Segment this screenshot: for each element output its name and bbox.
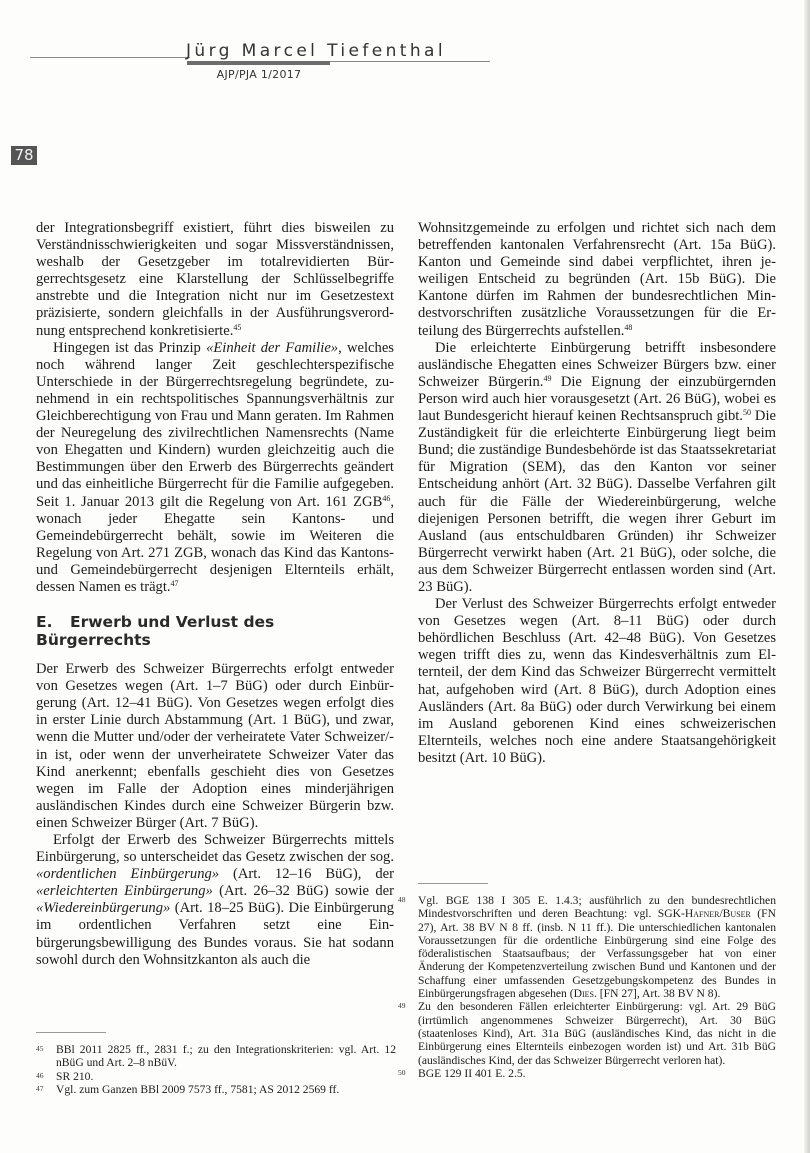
author-smallcaps: Hafner/Buser: [685, 907, 751, 920]
footnote-number: 46: [36, 1070, 56, 1083]
footnote: 46SR 210.: [36, 1070, 396, 1083]
footnote-text: BGE 129 II 401 E. 2.5.: [418, 1067, 776, 1080]
footnotes-right: 48Vgl. BGE 138 I 305 E. 1.4.3; ausführli…: [398, 883, 776, 1080]
header-rule-left: [30, 57, 190, 58]
paragraph-text: (Art. 26–32 BüG) so­wie der: [213, 883, 394, 899]
right-column: Wohnsitzgemeinde zu erfolgen und richtet…: [418, 220, 776, 767]
footnote-ref[interactable]: 50: [743, 408, 751, 417]
paragraph: Erfolgt der Erwerb des Schweizer Bürgerr…: [36, 832, 394, 969]
footnote: 50BGE 129 II 401 E. 2.5.: [398, 1067, 776, 1080]
footnote: 47Vgl. zum Ganzen BBl 2009 7573 ff., 758…: [36, 1083, 396, 1096]
footnote-rule: [36, 1032, 106, 1033]
footnote-text: Vgl. zum Ganzen BBl 2009 7573 ff., 7581;…: [56, 1083, 396, 1096]
footnote-text: Vgl. BGE 138 I 305 E. 1.4.3; ausführlich…: [418, 894, 776, 1000]
footnote-number: 50: [398, 1067, 418, 1080]
footnote-text: Zu den besonderen Fällen erleichterter E…: [418, 1000, 776, 1066]
paragraph-text: (Art. 12–16 BüG), der: [219, 866, 394, 882]
section-heading: E.Erwerb und Verlust des Bürgerrechts: [36, 613, 394, 649]
footnote: 48Vgl. BGE 138 I 305 E. 1.4.3; ausführli…: [398, 894, 776, 1000]
footnote-ref[interactable]: 47: [171, 579, 179, 588]
paragraph: Hingegen ist das Prinzip «Einheit der Fa…: [36, 340, 394, 596]
footnote-ref[interactable]: 48: [624, 323, 632, 332]
left-column: der Integrationsbegriff existiert, führt…: [36, 220, 394, 969]
italic-term: «Einheit der Familie»: [206, 340, 338, 356]
footnote-number: 49: [398, 1000, 418, 1066]
paragraph: der Integrationsbegriff existiert, führt…: [36, 220, 394, 340]
author-smallcaps: Dies.: [574, 987, 597, 1000]
running-header: Jürg Marcel Tiefenthal AJP/PJA 1/2017: [0, 0, 810, 90]
header-bar: [187, 61, 330, 65]
paragraph-text: Hingegen ist das Prinzip: [53, 340, 206, 356]
section-title: Erwerb und Verlust des Bürgerrechts: [36, 613, 274, 649]
section-letter: E.: [36, 613, 70, 631]
page-number-badge: 78: [11, 146, 37, 165]
footnote-text-part: [FN 27], Art. 38 BV N 8).: [597, 987, 720, 1000]
italic-term: «ordentlichen Einbürgerung»: [36, 866, 219, 882]
italic-term: «erleichterten Einbürgerung»: [36, 883, 213, 899]
footnote-rule: [418, 883, 488, 884]
paragraph-text: Die Zuständigkeit für die erleichterte E…: [418, 408, 776, 595]
footnote-number: 48: [398, 894, 418, 1000]
paragraph: Die erleichterte Einbürgerung betrifft i…: [418, 340, 776, 596]
footnotes-left: 45BBl 2011 2825 ff., 2831 f.; zu den Int…: [36, 1032, 396, 1096]
footnote-number: 47: [36, 1083, 56, 1096]
footnote-text: BBl 2011 2825 ff., 2831 f.; zu den Integ…: [56, 1043, 396, 1070]
footnote: 49Zu den besonderen Fällen erleichterter…: [398, 1000, 776, 1066]
paragraph: Wohnsitzgemeinde zu erfolgen und richtet…: [418, 220, 776, 340]
header-author: Jürg Marcel Tiefenthal: [186, 41, 332, 61]
paragraph-text: , wel­ches noch während langer Zeit gesc…: [36, 340, 394, 510]
paragraph-text: der Integrationsbegriff existiert, führt…: [36, 220, 394, 339]
paragraph: Der Erwerb des Schweizer Bürgerrechts er…: [36, 661, 394, 832]
footnote-text: SR 210.: [56, 1070, 396, 1083]
italic-term: «Wiedereinbürgerung»: [36, 900, 170, 916]
paragraph-text: Erfolgt der Erwerb des Schweizer Bürgerr…: [36, 832, 394, 865]
page-edge-shadow: [804, 0, 810, 1153]
header-journal: AJP/PJA 1/2017: [186, 68, 332, 81]
footnote: 45BBl 2011 2825 ff., 2831 f.; zu den Int…: [36, 1043, 396, 1070]
footnote-number: 45: [36, 1043, 56, 1070]
footnote-ref[interactable]: 45: [233, 323, 241, 332]
header-rule-right: [330, 61, 490, 62]
paragraph: Der Verlust des Schweizer Bürgerrechts e…: [418, 596, 776, 767]
paragraph-text: Wohnsitzgemeinde zu erfolgen und richtet…: [418, 220, 776, 339]
